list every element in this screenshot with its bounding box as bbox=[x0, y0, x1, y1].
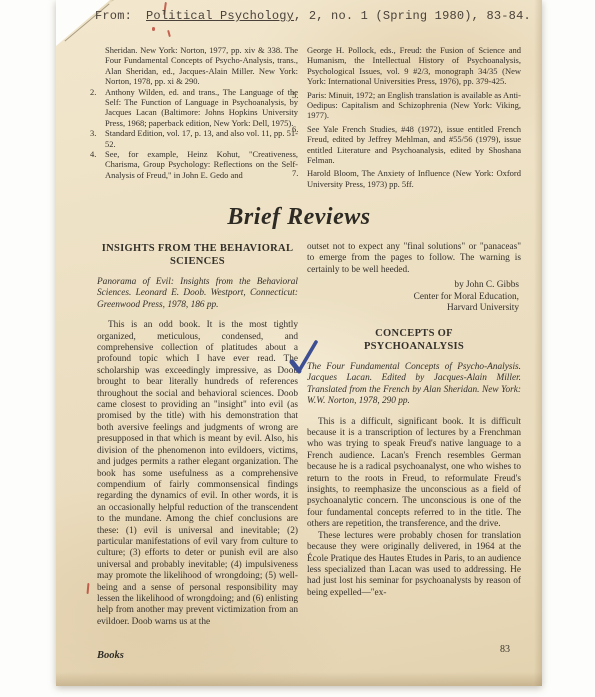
source-issue-info: , 2, no. 1 (Spring 1980), 83-84. bbox=[294, 9, 531, 23]
endnote-number: 5. bbox=[292, 90, 298, 100]
red-pencil-mark bbox=[87, 583, 90, 594]
paper-edge-shadow-right bbox=[534, 0, 542, 686]
endnote-number: 7. bbox=[292, 168, 298, 178]
reviewer-name: by John C. Gibbs bbox=[307, 280, 519, 292]
source-citation-line: From:Political Psychology, 2, no. 1 (Spr… bbox=[95, 9, 535, 23]
red-pencil-mark bbox=[152, 27, 155, 31]
paper-sheet: From:Political Psychology, 2, no. 1 (Spr… bbox=[56, 0, 542, 686]
footer-section-label: Books bbox=[97, 650, 124, 661]
endnote-item: 4. See, for example, Heinz Kohut, "Creat… bbox=[90, 149, 298, 180]
endnote-text: Harold Bloom, The Anxiety of Influence (… bbox=[307, 168, 521, 188]
reviewer-organization: Center for Moral Education, bbox=[307, 292, 519, 304]
book-citation-lacan: The Four Fundamental Concepts of Psycho-… bbox=[307, 362, 521, 408]
endnote-text: Anthony Wilden, ed. and trans., The Lang… bbox=[105, 87, 298, 128]
endnote-number: 3. bbox=[90, 128, 96, 138]
endnote-text: Sheridan. New York: Norton, 1977, pp. xi… bbox=[105, 45, 298, 86]
section-title: Brief Reviews bbox=[56, 204, 542, 231]
endnote-number: 2. bbox=[90, 87, 96, 97]
endnote-text: George H. Pollock, eds., Freud: the Fusi… bbox=[307, 45, 521, 86]
scanned-journal-page: From:Political Psychology, 2, no. 1 (Spr… bbox=[0, 0, 595, 697]
source-prefix: From: bbox=[95, 9, 132, 23]
review-heading-insights: INSIGHTS FROM THE BEHAVIORAL SCIENCES bbox=[97, 242, 298, 268]
red-pencil-mark bbox=[167, 30, 171, 37]
review-body-insights-continuation: outset not to expect any "final solution… bbox=[307, 242, 521, 276]
review-column-left: INSIGHTS FROM THE BEHAVIORAL SCIENCES Pa… bbox=[97, 242, 298, 628]
endnotes-column-right: George H. Pollock, eds., Freud: the Fusi… bbox=[292, 45, 521, 192]
review-column-right: outset not to expect any "final solution… bbox=[307, 242, 521, 599]
endnote-item: Sheridan. New York: Norton, 1977, pp. xi… bbox=[90, 45, 298, 87]
paper-edge-shadow-bottom bbox=[56, 672, 542, 686]
reviewer-byline: by John C. Gibbs Center for Moral Educat… bbox=[307, 280, 519, 315]
endnote-item: 7. Harold Bloom, The Anxiety of Influenc… bbox=[292, 168, 521, 189]
review-body-concepts-1: This is a difficult, significant book. I… bbox=[307, 417, 521, 531]
endnote-item: George H. Pollock, eds., Freud: the Fusi… bbox=[292, 45, 521, 87]
reviewer-affiliation: Harvard University bbox=[307, 303, 519, 315]
review-heading-concepts: CONCEPTS OF PSYCHOANALYSIS bbox=[339, 327, 489, 353]
review-body-insights: This is an odd book. It is the most tigh… bbox=[97, 320, 298, 628]
endnote-item: 5. Paris: Minuit, 1972; an English trans… bbox=[292, 90, 521, 121]
review-body-concepts-2: These lectures were probably chosen for … bbox=[307, 531, 521, 599]
endnote-text: Paris: Minuit, 1972; an English translat… bbox=[307, 90, 521, 121]
endnotes-column-left: Sheridan. New York: Norton, 1977, pp. xi… bbox=[90, 45, 298, 180]
endnote-text: See, for example, Heinz Kohut, "Creative… bbox=[105, 149, 298, 180]
footer-page-number: 83 bbox=[500, 644, 510, 655]
endnote-number: 4. bbox=[90, 149, 96, 159]
endnote-number: 6. bbox=[292, 124, 298, 134]
endnote-item: 2. Anthony Wilden, ed. and trans., The L… bbox=[90, 87, 298, 129]
endnote-item: 3. Standard Edition, vol. 17, p. 13, and… bbox=[90, 128, 298, 149]
source-journal-title: Political Psychology bbox=[146, 9, 294, 23]
book-citation-doob: Panorama of Evil: Insights from the Beha… bbox=[97, 277, 298, 311]
endnote-text: See Yale French Studies, #48 (1972), iss… bbox=[307, 124, 521, 165]
checkmark-icon bbox=[288, 338, 320, 376]
endnote-item: 6. See Yale French Studies, #48 (1972), … bbox=[292, 124, 521, 166]
endnote-text: Standard Edition, vol. 17, p. 13, and al… bbox=[105, 128, 298, 148]
